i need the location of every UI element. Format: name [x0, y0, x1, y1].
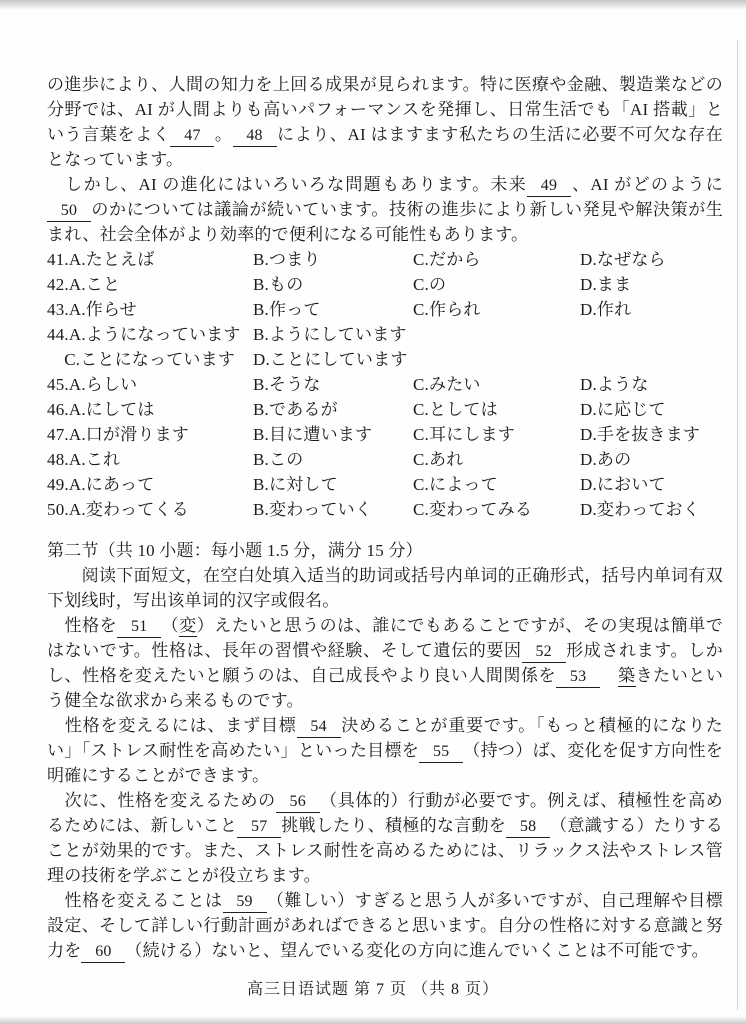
question-row: 41.A.たとえばB.つまりC.だからD.なぜなら — [47, 247, 723, 272]
question-option: 48.A.これ — [47, 447, 253, 472]
question-option: B.作って — [253, 297, 413, 322]
question-row: 42.A.ことB.ものC.のD.まま — [47, 272, 723, 297]
question-option: 45.A.らしい — [47, 372, 253, 397]
question-row: 49.A.にあってB.に対してC.によってD.において — [47, 472, 723, 497]
question-row: 44.A.ようになっていますB.ようにしています — [47, 322, 723, 347]
page-content: の進歩により、人間の知力を上回る成果が見られます。特に医療や金融、製造業などの分… — [47, 72, 723, 963]
question-option: D.手を抜きます — [580, 422, 723, 447]
question-option: B.ようにしています — [253, 322, 413, 347]
cloze-passage-paragraph-1: の進歩により、人間の知力を上回る成果が見られます。特に医療や金融、製造業などの分… — [47, 72, 723, 172]
question-option: D.ような — [580, 372, 723, 397]
question-option: C.変わってみる — [413, 497, 580, 522]
question-option: B.変わっていく — [253, 497, 413, 522]
question-option: B.そうな — [253, 372, 413, 397]
question-option: D.ことにしています — [253, 347, 413, 372]
question-option: 47.A.口が滑ります — [47, 422, 253, 447]
cloze-blank-59: 59 — [223, 891, 267, 913]
question-option: 41.A.たとえば — [47, 247, 253, 272]
question-option: 46.A.にしては — [47, 397, 253, 422]
question-option: D.あの — [580, 447, 723, 472]
cloze-blank-56: 56 — [276, 791, 320, 813]
question-option: C.耳にします — [413, 422, 580, 447]
question-row: 43.A.作らせB.作ってC.作られD.作れ — [47, 297, 723, 322]
question-option: D.作れ — [580, 297, 723, 322]
question-option: C.みたい — [413, 372, 580, 397]
question-option: 50.A.変わってくる — [47, 497, 253, 522]
section2-paragraph-1: 性格を51（変）えたいと思うのは、誰にでもあることですが、その実現は簡単ではない… — [47, 613, 723, 713]
question-option: 43.A.作らせ — [47, 297, 253, 322]
question-option: C.作られ — [413, 297, 580, 322]
question-option: C.あれ — [413, 447, 580, 472]
question-option: D.なぜなら — [580, 247, 723, 272]
question-row: 45.A.らしいB.そうなC.みたいD.ような — [47, 372, 723, 397]
question-option: B.もの — [253, 272, 413, 297]
cloze-blank-50: 50 — [47, 200, 91, 222]
question-option: 49.A.にあって — [47, 472, 253, 497]
cloze-blank-57: 57 — [237, 816, 281, 838]
underlined-word: 築 — [618, 666, 636, 687]
question-option: B.であるが — [253, 397, 413, 422]
section2-paragraph-2: 性格を変えるには、まず目標54決めることが重要です。「もっと積極的になりたい」「… — [47, 713, 723, 788]
page-footer: 高三日语试题 第 7 页 （共 8 页） — [0, 976, 746, 999]
cloze-blank-55: 55 — [419, 741, 463, 763]
underlined-word: 変 — [179, 616, 197, 637]
question-option: D.まま — [580, 272, 723, 297]
question-option: B.に対して — [253, 472, 413, 497]
section2-instructions: 阅读下面短文，在空白处填入适当的助词或括号内单词的正确形式，括号内单词有双下划线… — [47, 563, 723, 613]
question-row: 46.A.にしてはB.であるがC.としてはD.に応じて — [47, 397, 723, 422]
section2-paragraph-3: 次に、性格を変えるための56（具体的）行動が必要です。例えば、積極性を高めるため… — [47, 788, 723, 888]
question-option: C.としては — [413, 397, 580, 422]
section2-paragraph-4: 性格を変えることは59（難しい）すぎると思う人が多いですが、自己理解や目標設定、… — [47, 888, 723, 963]
question-option: C.ことになっています — [47, 347, 253, 372]
cloze-blank-47: 47 — [170, 125, 214, 147]
question-option: B.この — [253, 447, 413, 472]
question-option: B.つまり — [253, 247, 413, 272]
question-row: 47.A.口が滑りますB.目に遭いますC.耳にしますD.手を抜きます — [47, 422, 723, 447]
cloze-blank-60: 60 — [81, 941, 125, 963]
cloze-passage-paragraph-2: しかし、AI の進化にはいろいろな問題もあります。未来49、AI がどのように5… — [47, 172, 723, 247]
exam-page: の進歩により、人間の知力を上回る成果が見られます。特に医療や金融、製造業などの分… — [0, 0, 746, 1024]
cloze-blank-49: 49 — [527, 175, 571, 197]
question-option: D.に応じて — [580, 397, 723, 422]
scan-top-shadow — [0, 0, 746, 10]
question-row: C.ことになっていますD.ことにしています — [47, 347, 723, 372]
cloze-blank-51: 51 — [117, 616, 161, 638]
cloze-blank-58: 58 — [506, 816, 550, 838]
question-option: C.によって — [413, 472, 580, 497]
question-option: D.において — [580, 472, 723, 497]
cloze-blank-53: 53 — [556, 666, 600, 688]
question-option: D.変わっておく — [580, 497, 723, 522]
cloze-blank-54: 54 — [297, 716, 341, 738]
section2-heading: 第二节（共 10 小题：每小题 1.5 分，满分 15 分） — [47, 538, 723, 563]
question-row: 50.A.変わってくるB.変わっていくC.変わってみるD.変わっておく — [47, 497, 723, 522]
question-list: 41.A.たとえばB.つまりC.だからD.なぜなら42.A.ことB.ものC.のD… — [47, 247, 723, 522]
question-option: B.目に遭います — [253, 422, 413, 447]
question-option: C.だから — [413, 247, 580, 272]
cloze-blank-52: 52 — [522, 641, 566, 663]
question-option: C.の — [413, 272, 580, 297]
question-option: 42.A.こと — [47, 272, 253, 297]
cloze-blank-48: 48 — [233, 125, 277, 147]
scan-bottom-shadow — [0, 1016, 746, 1024]
question-row: 48.A.これB.このC.あれD.あの — [47, 447, 723, 472]
question-option: 44.A.ようになっています — [47, 322, 253, 347]
scan-page-edge-line — [737, 40, 738, 1010]
